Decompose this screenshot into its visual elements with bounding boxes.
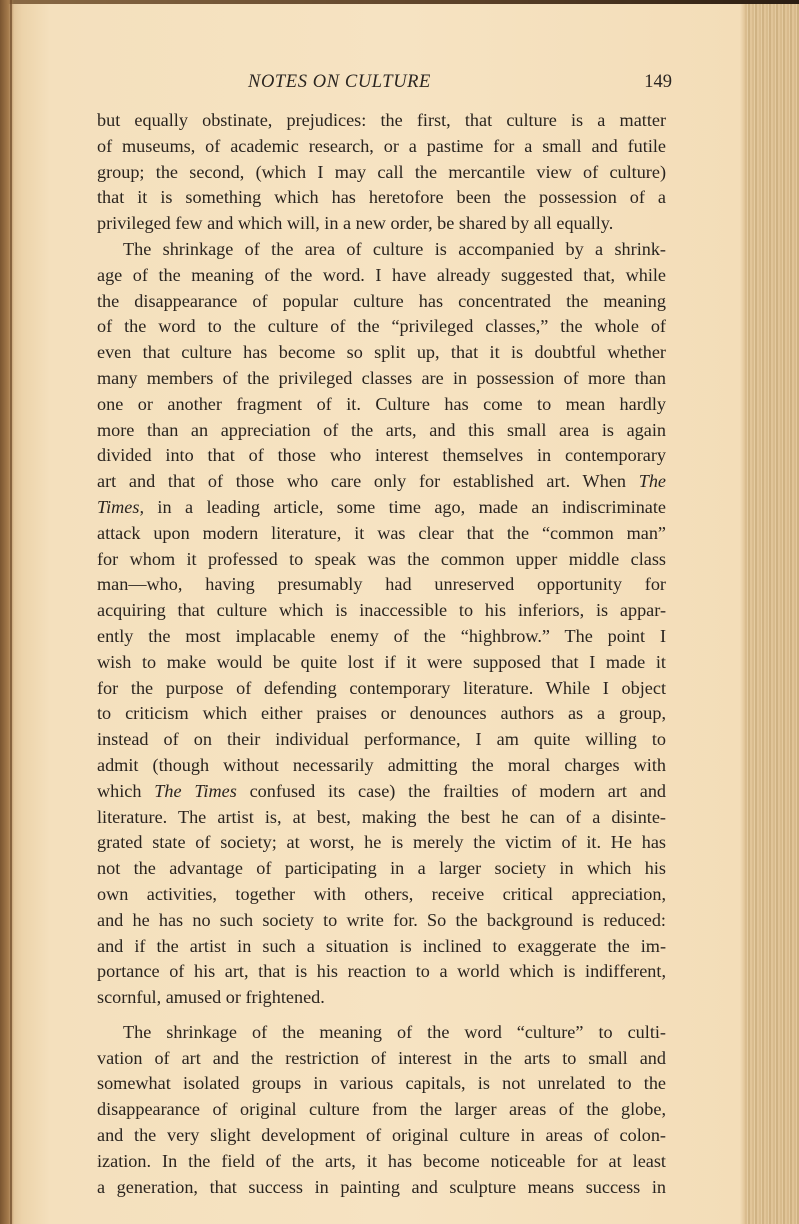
text-line-mixed: which The Times confused its case) the f… — [97, 779, 666, 805]
text-line: and the very slight development of origi… — [97, 1123, 666, 1149]
book-page: NOTES ON CULTURE 149 but equally obstina… — [0, 0, 799, 1224]
text-line: literature. The artist is, at best, maki… — [97, 805, 666, 831]
text-line: own activities, together with others, re… — [97, 882, 666, 908]
running-title: NOTES ON CULTURE — [248, 72, 431, 93]
paragraph-1: but equally obstinate, prejudices: the f… — [97, 108, 666, 237]
text-line: disappearance of original culture from t… — [97, 1097, 666, 1123]
text-line: somewhat isolated groups in various capi… — [97, 1071, 666, 1097]
text-line: scornful, amused or frightened. — [97, 985, 666, 1011]
text-line: a generation, that success in painting a… — [97, 1175, 666, 1201]
text-line: many members of the privileged classes a… — [97, 366, 666, 392]
page-number: 149 — [644, 72, 672, 93]
paragraph-2: The shrinkage of the area of culture is … — [97, 237, 666, 1011]
text-line: The shrinkage of the meaning of the word… — [97, 1020, 666, 1046]
text-line: of museums, of academic research, or a p… — [97, 134, 666, 160]
page-stack-edges — [745, 4, 799, 1224]
text-line: age of the meaning of the word. I have a… — [97, 263, 666, 289]
text-fragment: which — [97, 781, 154, 801]
text-line: attack upon modern literature, it was cl… — [97, 521, 666, 547]
paragraph-gap — [97, 1011, 666, 1020]
text-line: instead of on their individual performan… — [97, 727, 666, 753]
text-line: privileged few and which will, in a new … — [97, 211, 666, 237]
text-line-mixed: art and that of those who care only for … — [97, 469, 666, 495]
text-line: and if the artist in such a situation is… — [97, 934, 666, 960]
text-line: group; the second, (which I may call the… — [97, 160, 666, 186]
text-line: ization. In the field of the arts, it ha… — [97, 1149, 666, 1175]
running-head: NOTES ON CULTURE 149 — [236, 72, 672, 96]
text-line: vation of art and the restriction of int… — [97, 1046, 666, 1072]
italic-title-fragment: The — [639, 471, 666, 491]
italic-title-fragment: Times, — [97, 497, 144, 517]
text-line: divided into that of those who interest … — [97, 443, 666, 469]
text-line: one or another fragment of it. Culture h… — [97, 392, 666, 418]
text-line: to criticism which either praises or den… — [97, 701, 666, 727]
text-line: ently the most implacable enemy of the “… — [97, 624, 666, 650]
text-fragment: confused its case) the frailties of mode… — [237, 781, 666, 801]
text-line: portance of his art, that is his reactio… — [97, 959, 666, 985]
paragraph-3: The shrinkage of the meaning of the word… — [97, 1020, 666, 1201]
text-line: acquiring that culture which is inaccess… — [97, 598, 666, 624]
body-text: but equally obstinate, prejudices: the f… — [97, 108, 666, 1200]
text-line: man—who, having presumably had unreserve… — [97, 572, 666, 598]
spine-line — [10, 0, 12, 1224]
text-line: and he has no such society to write for.… — [97, 908, 666, 934]
italic-title-fragment: The Times — [154, 781, 237, 801]
text-fragment: art and that of those who care only for … — [97, 471, 639, 491]
text-line: admit (though without necessarily admitt… — [97, 753, 666, 779]
text-line: of the word to the culture of the “privi… — [97, 314, 666, 340]
text-line: but equally obstinate, prejudices: the f… — [97, 108, 666, 134]
text-line-mixed: Times, in a leading article, some time a… — [97, 495, 666, 521]
text-fragment: in a leading article, some time ago, mad… — [144, 497, 666, 517]
text-line: for the purpose of defending contemporar… — [97, 676, 666, 702]
text-line: wish to make would be quite lost if it w… — [97, 650, 666, 676]
text-line: for whom it professed to speak was the c… — [97, 547, 666, 573]
text-line: not the advantage of participating in a … — [97, 856, 666, 882]
text-line: The shrinkage of the area of culture is … — [97, 237, 666, 263]
text-line: more than an appreciation of the arts, a… — [97, 418, 666, 444]
text-line: the disappearance of popular culture has… — [97, 289, 666, 315]
text-line: that it is something which has heretofor… — [97, 185, 666, 211]
text-line: grated state of society; at worst, he is… — [97, 830, 666, 856]
text-line: even that culture has become so split up… — [97, 340, 666, 366]
page-top-edge — [0, 0, 799, 4]
